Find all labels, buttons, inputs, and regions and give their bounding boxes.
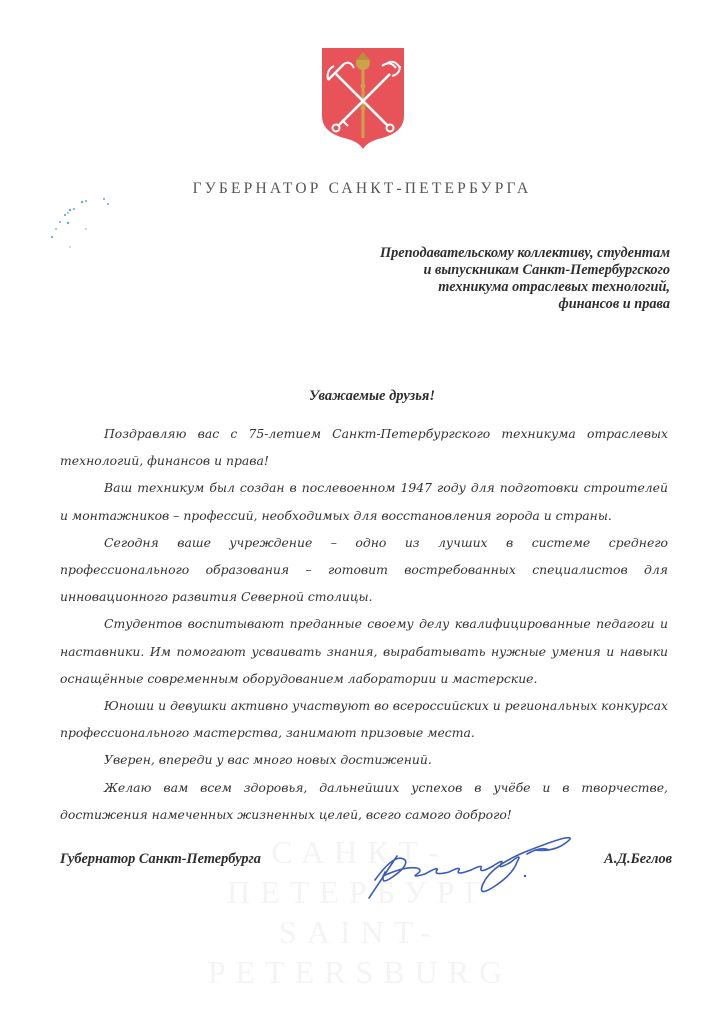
addressee-block: Преподавательскому коллективу, студентам… [380, 245, 670, 313]
addressee-line: Преподавательскому коллективу, студентам [380, 245, 670, 262]
letter-page: ГУБЕРНАТОР САНКТ-ПЕТЕРБУРГА Преподавател… [0, 0, 724, 1024]
watermark-line: SAINT-PETERSBURG [150, 912, 570, 992]
signer-name: А.Д.Беглов [604, 851, 672, 868]
body-paragraph: Юноши и девушки активно участвуют во все… [60, 692, 668, 746]
body-paragraph: Уверен, впереди у вас много новых достиж… [60, 746, 668, 773]
letter-body: Поздравляю вас с 75-летием Санкт-Петербу… [60, 420, 668, 828]
coat-of-arms-icon [320, 46, 406, 150]
body-paragraph: Студентов воспитывают преданные своему д… [60, 610, 668, 692]
addressee-line: техникума отраслевых технологий, [380, 279, 670, 296]
body-paragraph: Ваш техникум был создан в послевоенном 1… [60, 474, 668, 528]
signatory-title: Губернатор Санкт-Петербурга [60, 851, 261, 868]
addressee-line: финансов и права [380, 296, 670, 313]
body-paragraph: Желаю вам всем здоровья, дальнейших успе… [60, 774, 668, 828]
handwritten-signature-icon [365, 822, 580, 902]
ink-specks-decoration [30, 195, 120, 250]
addressee-line: и выпускникам Санкт-Петербургского [380, 262, 670, 279]
greeting: Уважаемые друзья! [0, 388, 724, 405]
body-paragraph: Сегодня ваше учреждение – одно из лучших… [60, 529, 668, 611]
body-paragraph: Поздравляю вас с 75-летием Санкт-Петербу… [60, 420, 668, 474]
